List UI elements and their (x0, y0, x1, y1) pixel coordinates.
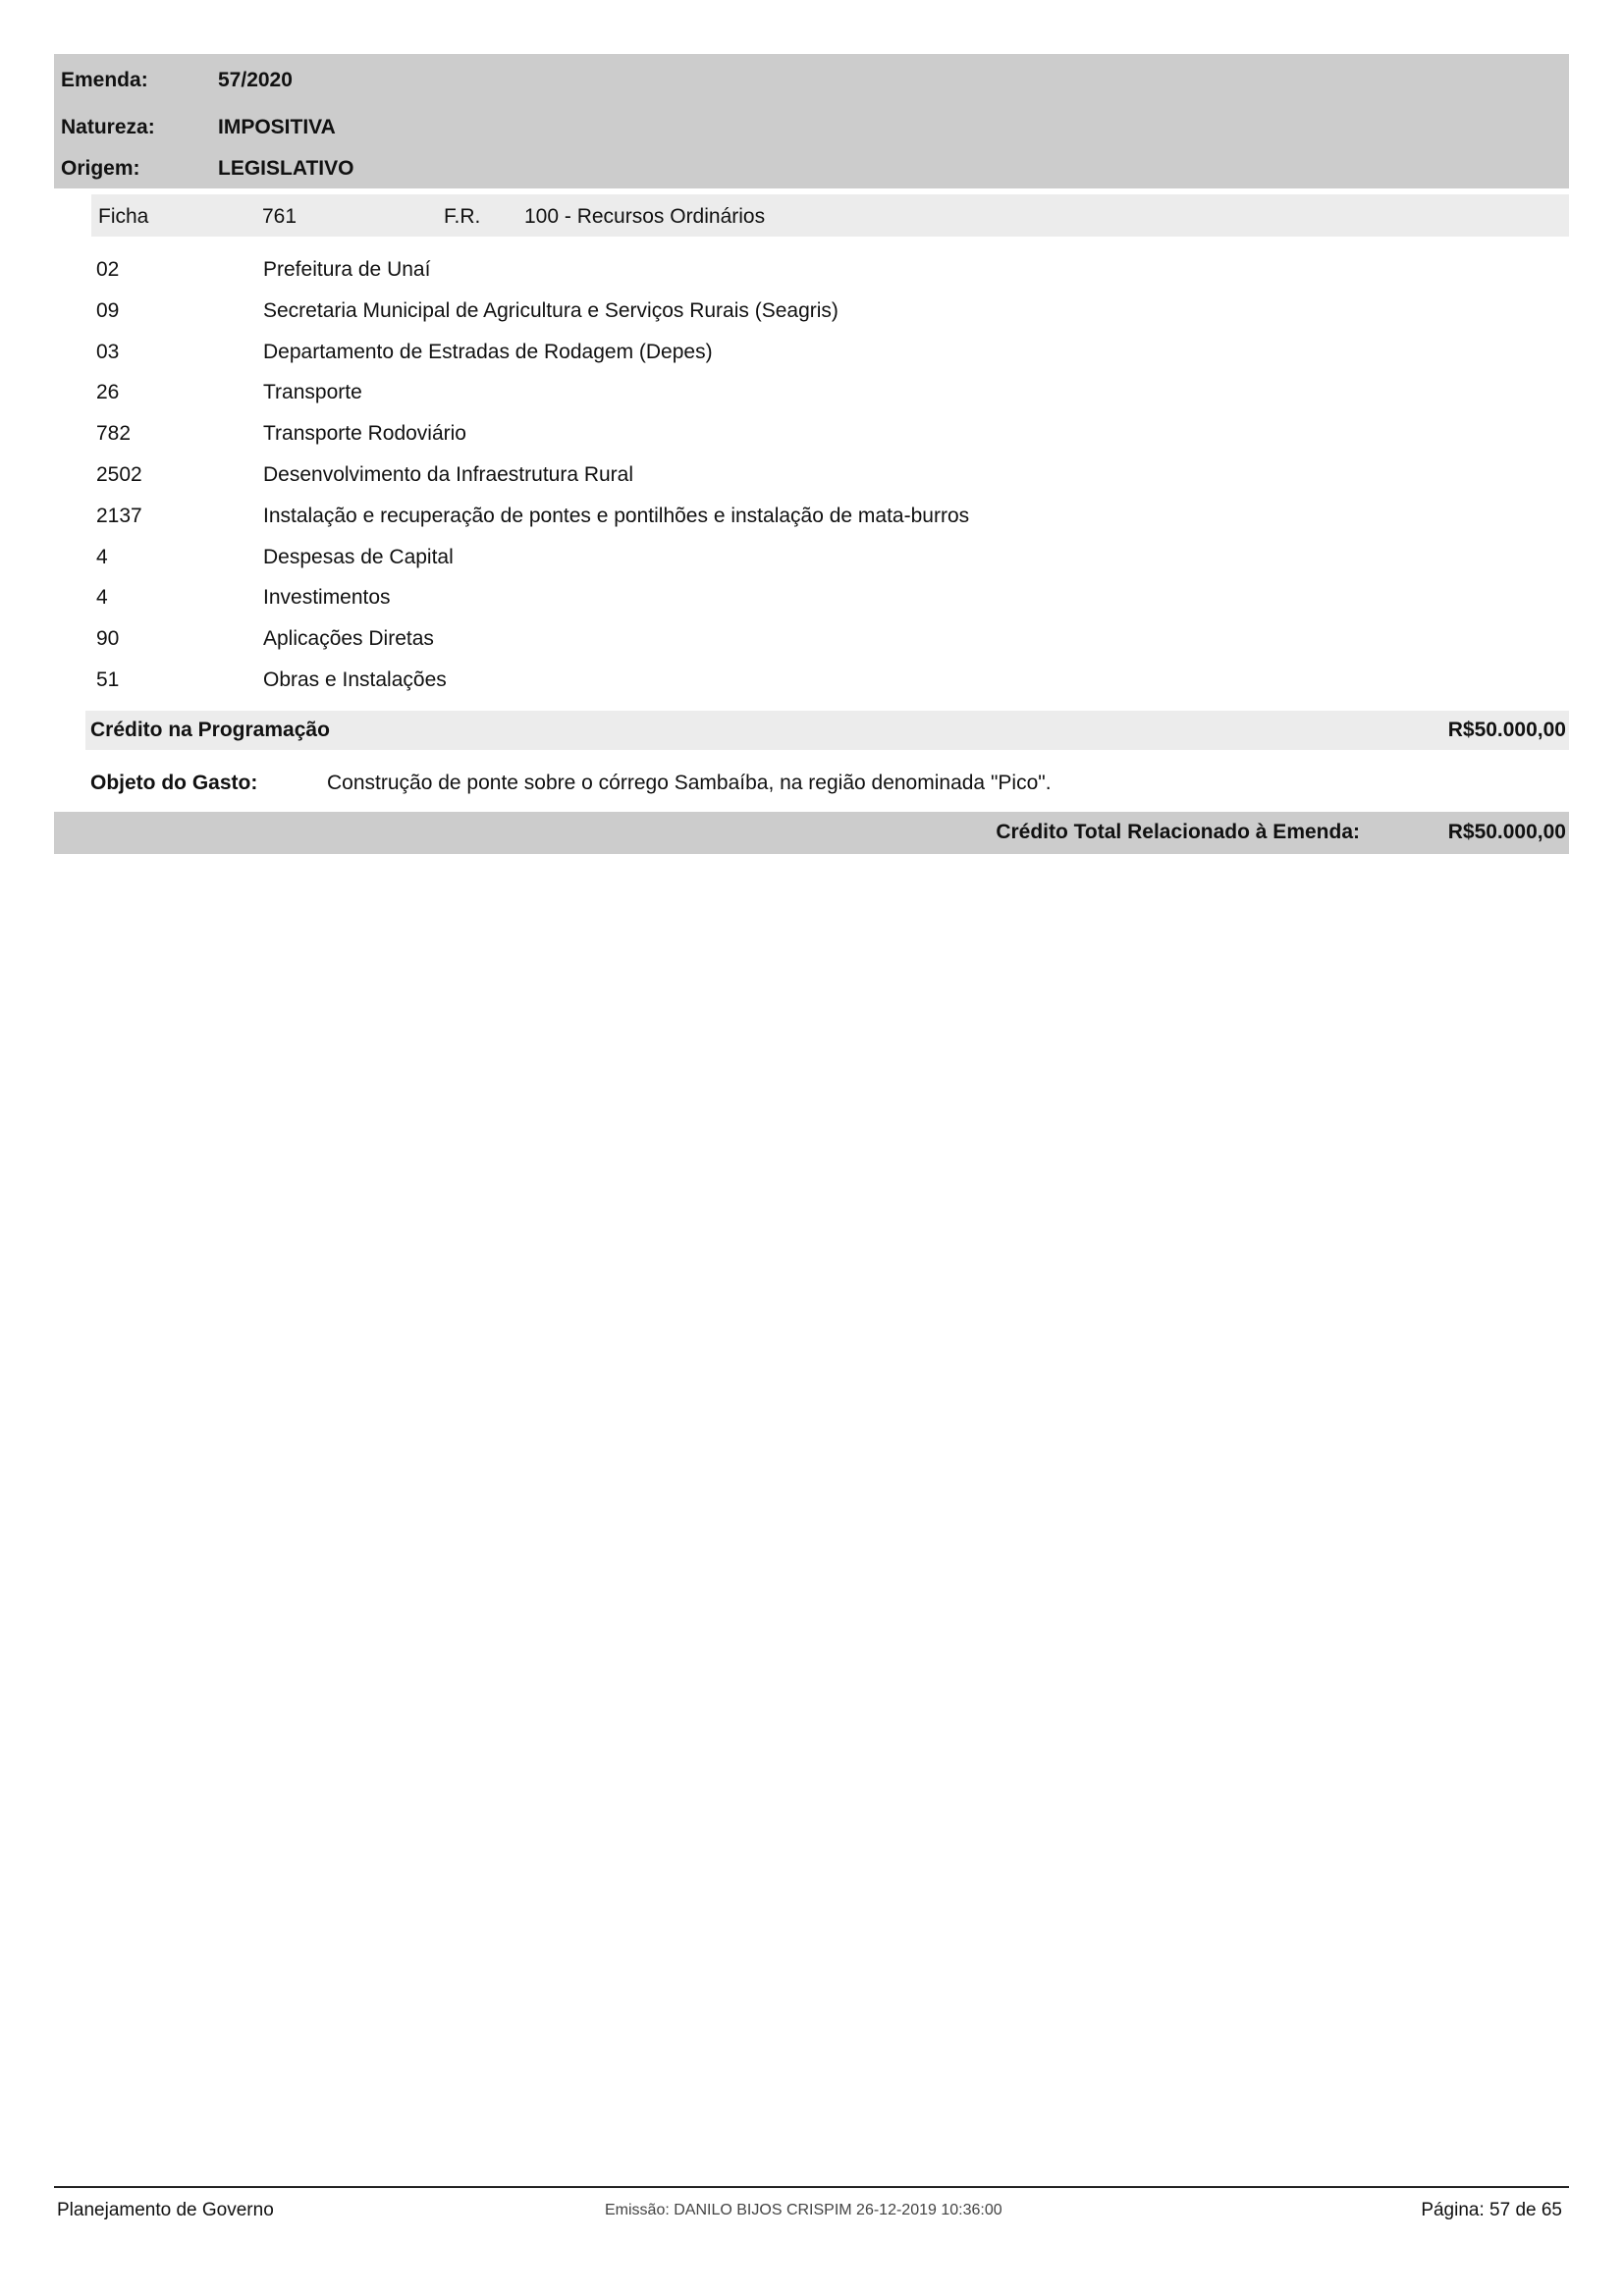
ficha-number: 761 (262, 205, 297, 229)
footer-department: Planejamento de Governo (57, 2200, 274, 2221)
total-value: R$50.000,00 (1448, 821, 1566, 844)
emenda-value: 57/2020 (218, 69, 293, 92)
classification-description: Secretaria Municipal de Agricultura e Se… (263, 299, 839, 323)
classification-code: 51 (96, 668, 119, 692)
objeto-label: Objeto do Gasto: (90, 772, 257, 795)
classification-description: Obras e Instalações (263, 668, 447, 692)
footer-divider (54, 2186, 1569, 2188)
fonte-recurso-value: 100 - Recursos Ordinários (524, 205, 765, 229)
classification-description: Despesas de Capital (263, 546, 454, 569)
natureza-label: Natureza: (61, 116, 155, 139)
ficha-row (91, 194, 1569, 237)
origem-label: Origem: (61, 157, 140, 181)
classification-description: Aplicações Diretas (263, 627, 434, 651)
classification-code: 03 (96, 341, 119, 364)
origem-value: LEGISLATIVO (218, 157, 353, 181)
ficha-label: Ficha (98, 205, 148, 229)
classification-code: 4 (96, 546, 108, 569)
classification-description: Investimentos (263, 586, 391, 610)
classification-code: 02 (96, 258, 119, 282)
fonte-recurso-label: F.R. (444, 205, 480, 229)
classification-code: 09 (96, 299, 119, 323)
classification-code: 4 (96, 586, 108, 610)
footer-emission: Emissão: DANILO BIJOS CRISPIM 26-12-2019… (605, 2201, 1002, 2220)
classification-description: Instalação e recuperação de pontes e pon… (263, 505, 969, 528)
classification-code: 2502 (96, 463, 142, 487)
classification-description: Transporte (263, 381, 362, 404)
credito-value: R$50.000,00 (1448, 719, 1566, 742)
classification-code: 2137 (96, 505, 142, 528)
classification-code: 782 (96, 422, 131, 446)
classification-description: Transporte Rodoviário (263, 422, 466, 446)
emenda-label: Emenda: (61, 69, 148, 92)
natureza-value: IMPOSITIVA (218, 116, 336, 139)
classification-code: 90 (96, 627, 119, 651)
credito-label: Crédito na Programação (90, 719, 330, 742)
classification-description: Departamento de Estradas de Rodagem (Dep… (263, 341, 713, 364)
total-label: Crédito Total Relacionado à Emenda: (996, 821, 1360, 844)
objeto-value: Construção de ponte sobre o córrego Samb… (327, 772, 1052, 795)
classification-code: 26 (96, 381, 119, 404)
footer-page-number: Página: 57 de 65 (1421, 2200, 1562, 2221)
classification-description: Prefeitura de Unaí (263, 258, 430, 282)
classification-description: Desenvolvimento da Infraestrutura Rural (263, 463, 633, 487)
